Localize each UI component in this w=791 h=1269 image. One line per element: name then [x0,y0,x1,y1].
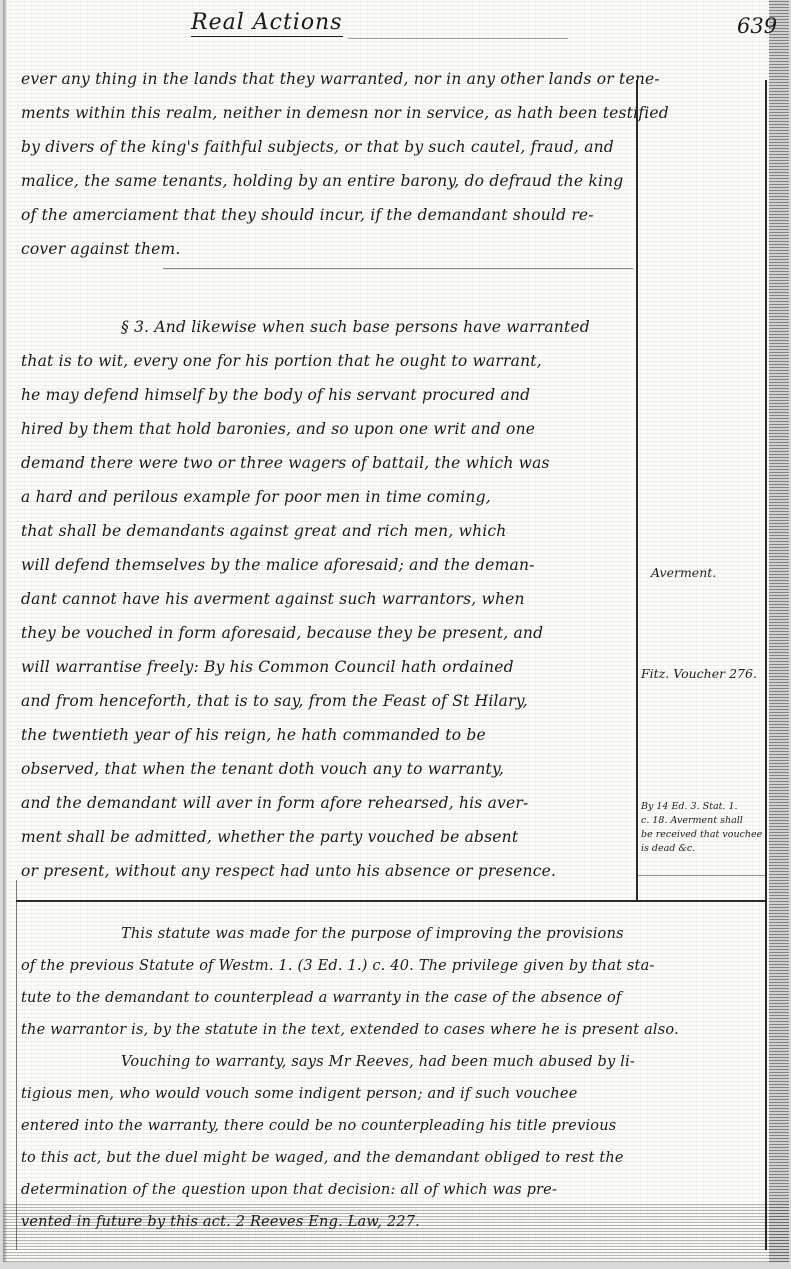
text-line: the warrantor is, by the statute in the … [21,1022,679,1038]
text-line: entered into the warranty, there could b… [21,1118,616,1134]
text-line: they be vouched in form aforesaid, becau… [21,624,543,642]
text-line: the twentieth year of his reign, he hath… [21,726,486,744]
main-column-left-rule [16,880,17,1250]
margin-column-right-rule [765,80,767,1250]
section-heading-line: § 3. And likewise when such base persons… [121,318,590,336]
text-line: cover against them. [21,240,181,258]
text-line: a hard and perilous example for poor men… [21,488,491,506]
text-line: ment shall be admitted, whether the part… [21,828,518,846]
margin-note-statute-reference: By 14 Ed. 3. Stat. 1. c. 18. Averment sh… [641,800,762,856]
text-line: tigious men, who would vouch some indige… [21,1086,577,1102]
text-line: of the previous Statute of Westm. 1. (3 … [21,958,655,974]
text-line: of the amerciament that they should incu… [21,206,594,224]
section-divider-rule [16,900,766,902]
margin-note-divider-rule [638,875,765,876]
text-line: tute to the demandant to counterplead a … [21,990,622,1006]
page-title: Real Actions [191,10,343,37]
text-line: observed, that when the tenant doth vouc… [21,760,504,778]
margin-note-averment: Averment. [651,565,716,580]
page-number: 639 [737,14,777,38]
margin-note-fitz-voucher: Fitz. Voucher 276. [641,666,757,681]
paragraph-end-rule [163,268,633,269]
text-line: demand there were two or three wagers of… [21,454,550,472]
manuscript-page: Real Actions 639 ever any thing in the l… [3,0,789,1262]
margin-note-line: is dead &c. [641,842,762,856]
text-line: that shall be demandants against great a… [21,522,507,540]
text-line: ments within this realm, neither in deme… [21,104,669,122]
title-underline-rule [348,38,568,39]
margin-note-line: c. 18. Averment shall [641,814,762,828]
text-line: malice, the same tenants, holding by an … [21,172,623,190]
text-line: will warrantise freely: By his Common Co… [21,658,514,676]
text-line: by divers of the king's faithful subject… [21,138,614,156]
text-line: determination of the question upon that … [21,1182,557,1198]
text-line: that is to wit, every one for his portio… [21,352,542,370]
text-line: This statute was made for the purpose of… [121,926,624,942]
text-line: will defend themselves by the malice afo… [21,556,535,574]
text-line: dant cannot have his averment against su… [21,590,525,608]
text-line: to this act, but the duel might be waged… [21,1150,624,1166]
text-line: and the demandant will aver in form afor… [21,794,528,812]
page-left-edge [3,0,7,1262]
margin-note-line: By 14 Ed. 3. Stat. 1. [641,800,762,814]
text-line: hired by them that hold baronies, and so… [21,420,535,438]
text-line: Vouching to warranty, says Mr Reeves, ha… [121,1054,635,1070]
margin-column-left-rule [636,80,638,900]
page-bottom-smudge [3,1202,789,1262]
text-line: vented in future by this act. 2 Reeves E… [21,1214,420,1230]
text-line: he may defend himself by the body of his… [21,386,530,404]
margin-note-line: be received that vouchee [641,828,762,842]
text-line: and from henceforth, that is to say, fro… [21,692,528,710]
text-line: or present, without any respect had unto… [21,862,556,880]
text-line: ever any thing in the lands that they wa… [21,70,660,88]
page-right-edge-shadow [769,0,789,1262]
